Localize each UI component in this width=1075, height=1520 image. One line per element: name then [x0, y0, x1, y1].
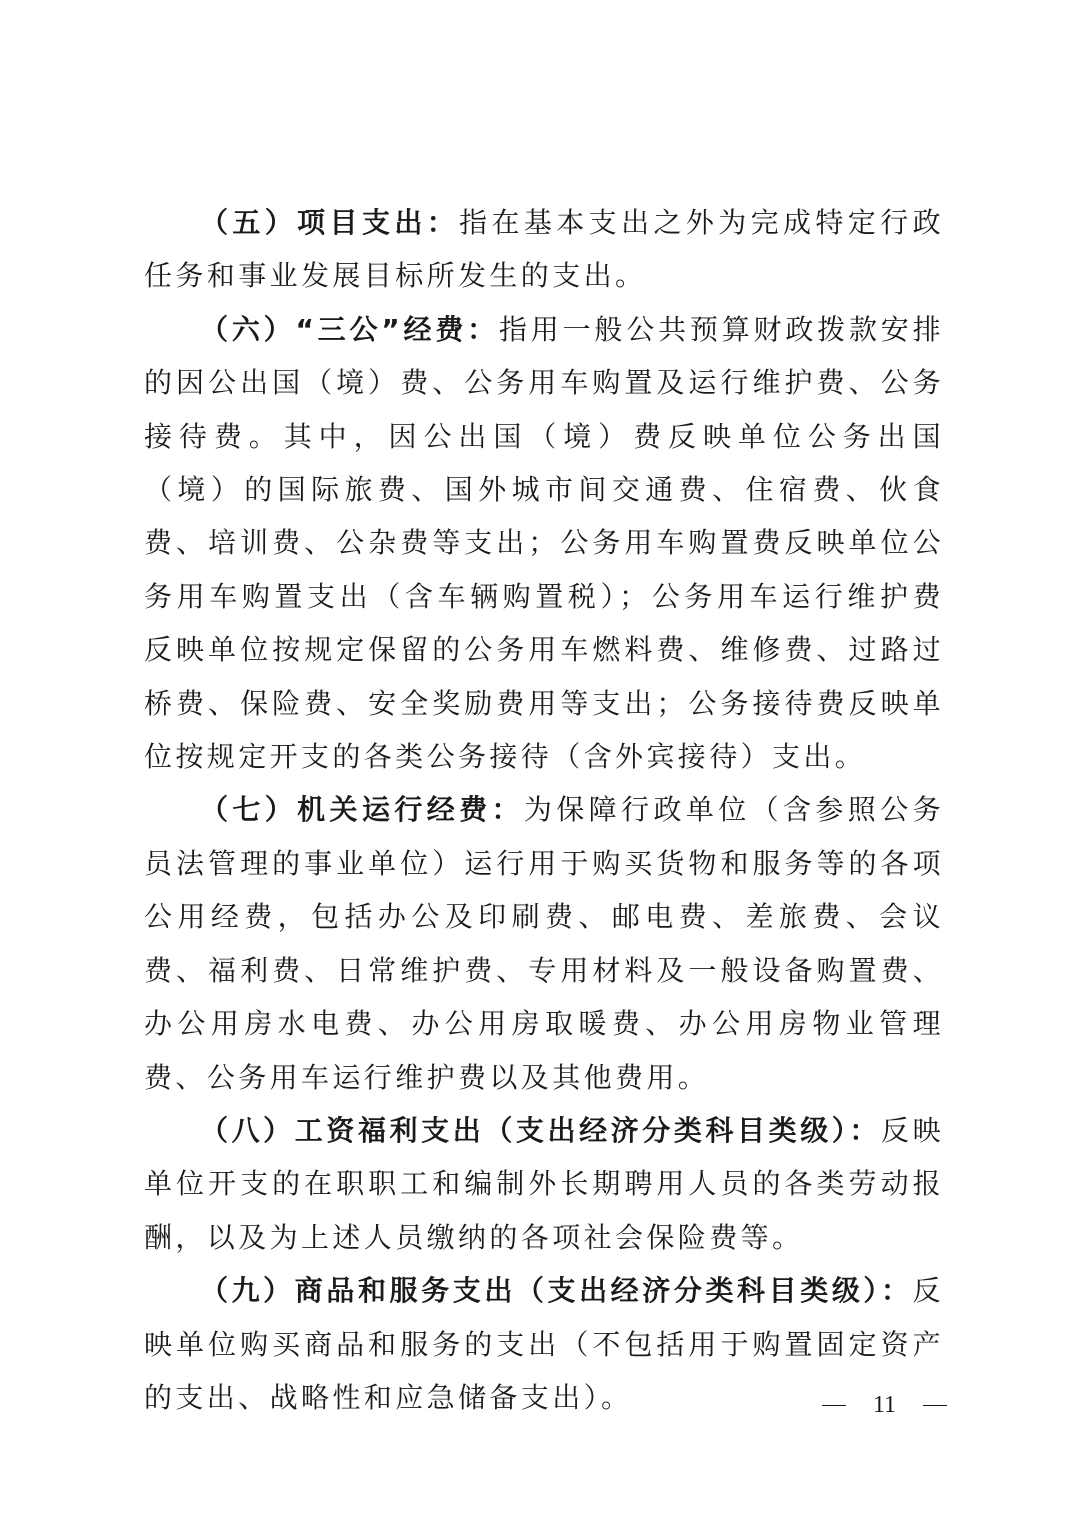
page-number-value: 11	[873, 1392, 896, 1419]
body-text: （五）项目支出：指在基本支出之外为完成特定行政任务和事业发展目标所发生的支出。 …	[144, 196, 944, 1424]
dash-right	[923, 1405, 947, 1407]
document-page: （五）项目支出：指在基本支出之外为完成特定行政任务和事业发展目标所发生的支出。 …	[0, 0, 1075, 1520]
term-heading: （八）工资福利支出（支出经济分类科目类级）：	[200, 1114, 881, 1147]
term-heading: （六）“三公”经费：	[200, 313, 499, 346]
paragraph-text: 指用一般公共预算财政拨款安排的因公出国（境）费、公务用车购置及运行维护费、公务接…	[144, 313, 944, 773]
paragraph-project-expenditure: （五）项目支出：指在基本支出之外为完成特定行政任务和事业发展目标所发生的支出。	[144, 196, 944, 303]
term-heading: （九）商品和服务支出（支出经济分类科目类级）：	[200, 1274, 913, 1307]
term-heading: （五）项目支出：	[200, 206, 459, 239]
paragraph-agency-operating-funds: （七）机关运行经费：为保障行政单位（含参照公务员法管理的事业单位）运行用于购买货…	[144, 783, 944, 1103]
paragraph-three-public-expenses: （六）“三公”经费：指用一般公共预算财政拨款安排的因公出国（境）费、公务用车购置…	[144, 303, 944, 784]
paragraph-wage-welfare-expenditure: （八）工资福利支出（支出经济分类科目类级）：反映单位开支的在职职工和编制外长期聘…	[144, 1104, 944, 1264]
dash-left	[822, 1405, 846, 1407]
page-number: 11	[822, 1392, 947, 1419]
paragraph-text: 为保障行政单位（含参照公务员法管理的事业单位）运行用于购买货物和服务等的各项公用…	[144, 793, 944, 1093]
term-heading: （七）机关运行经费：	[200, 793, 524, 826]
